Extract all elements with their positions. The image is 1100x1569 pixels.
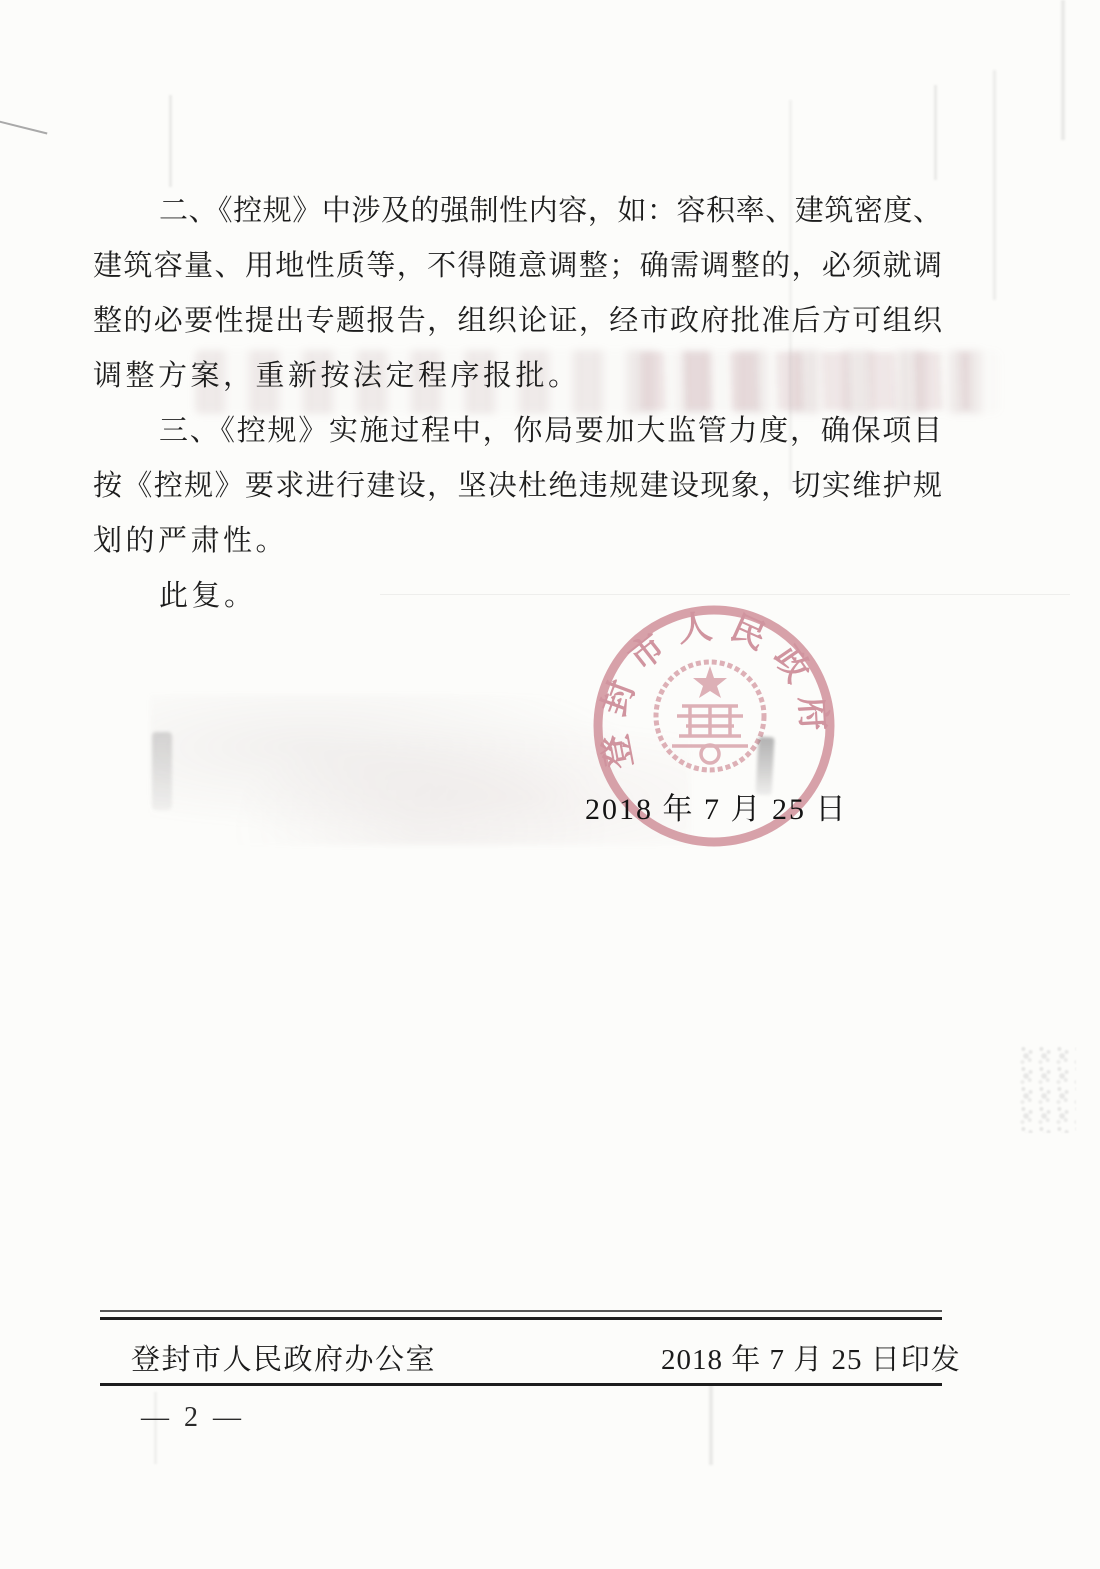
scan-artifact-diagonal-line: [0, 119, 47, 134]
document-body: 二、《控规》中涉及的强制性内容，如：容积率、建筑密度、 建筑容量、用地性质等，不…: [93, 184, 942, 624]
text-line: 整的必要性提出专题报告，组织论证，经市政府批准后方可组织: [93, 294, 942, 349]
scan-streak: [993, 70, 996, 300]
text-line: 建筑容量、用地性质等，不得随意调整；确需调整的，必须就调: [93, 239, 942, 294]
ink-smudge: [755, 737, 774, 796]
scanned-document-page: 二、《控规》中涉及的强制性内容，如：容积率、建筑密度、 建筑容量、用地性质等，不…: [0, 0, 1100, 1569]
scan-streak: [1061, 0, 1065, 140]
footer-rule-top: [100, 1317, 942, 1320]
scan-noise-patch: [1018, 1045, 1076, 1133]
text-line: 按《控规》要求进行建设，坚决杜绝违规建设现象，切实维护规: [93, 459, 942, 514]
footer-issuing-office: 登封市人民政府办公室: [131, 1337, 436, 1378]
emblem-gate-icon: [672, 706, 748, 746]
footer-rule-top-thin: [100, 1310, 942, 1312]
emblem-star-icon: [693, 666, 727, 698]
text-line: 二、《控规》中涉及的强制性内容，如：容积率、建筑密度、: [93, 184, 942, 239]
text-line: 三、《控规》实施过程中，你局要加大监管力度，确保项目: [93, 404, 942, 459]
text-line: 划的严肃性。: [93, 514, 942, 569]
ink-smudge: [152, 732, 172, 810]
text-line: 调整方案，重新按法定程序报批。: [93, 349, 942, 404]
page-number: — 2 —: [141, 1402, 245, 1434]
reply-date: 2018 年 7 月 25 日: [585, 784, 848, 828]
footer-rule-bottom: [100, 1383, 942, 1386]
scan-streak: [709, 1385, 713, 1465]
footer-print-date: 2018 年 7 月 25 日印发: [661, 1337, 961, 1378]
scan-streak: [169, 95, 172, 187]
scan-streak: [934, 85, 937, 180]
national-emblem-icon: [656, 662, 764, 770]
